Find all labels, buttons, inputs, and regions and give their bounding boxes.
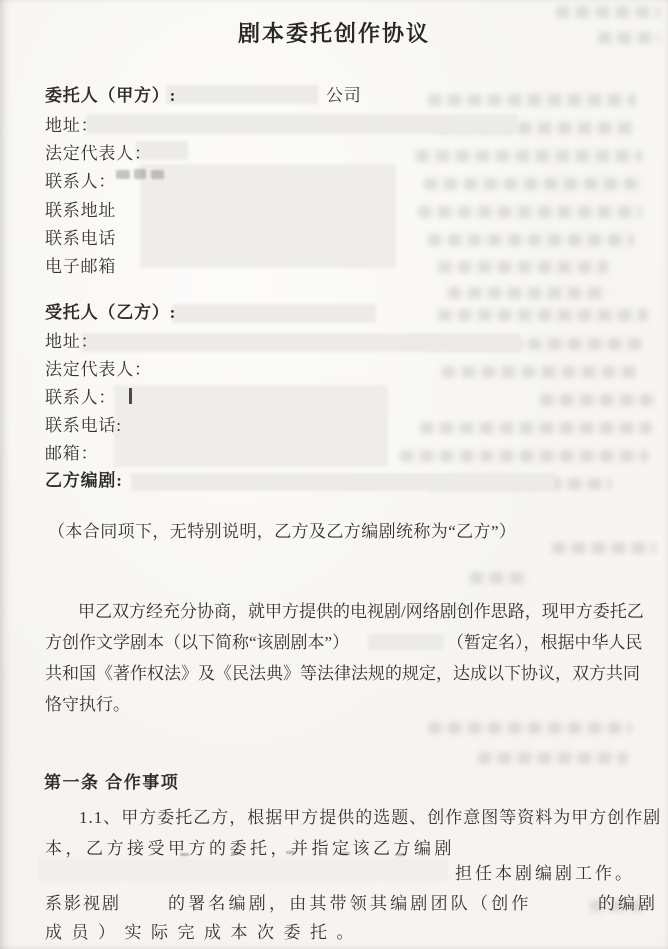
redaction-box-party-a-contact-block: [140, 164, 396, 268]
clause-1-1-line-2: 本，乙方接受甲方的委托，并指定该乙方编剧: [45, 838, 455, 859]
party-a-contact-phone-label: 联系电话: [45, 228, 116, 249]
redaction-box-screenwriter-name-blank: [38, 857, 448, 881]
preamble-line-1: 甲乙双方经充分协商，就甲方提供的电视剧/网络剧创作思路，现甲方委托乙: [78, 601, 644, 622]
section-1-heading: 第一条 合作事项: [44, 772, 179, 793]
party-a-company-suffix: 公司: [326, 85, 362, 106]
ghost-text-row: [424, 178, 642, 190]
party-a-email-label: 电子邮箱: [45, 256, 116, 277]
redaction-box-party-a-address: [86, 114, 518, 134]
clause-1-1-line-1: 1.1、甲方委托乙方，根据甲方提供的选题、创作意图等资料为甲方创作剧: [79, 807, 661, 828]
party-a-contact-address-label: 联系地址: [45, 200, 116, 221]
redaction-box-party-b-address: [82, 333, 520, 352]
clause-1-1-line-4a: 系影视剧: [45, 893, 121, 914]
party-a-legal-rep-label: 法定代表人：: [45, 143, 152, 164]
ghost-text-row: [478, 752, 628, 764]
clause-1-1-line-5: 成员）实际完成本次委托。: [45, 922, 363, 943]
preamble-line-4: 恪守执行。: [45, 694, 130, 715]
preamble-line-2-pre: 方创作文学剧本（以下简称“该剧剧本”）: [45, 632, 349, 653]
scan-mark-vertical-bar: [129, 388, 132, 404]
scan-smudge: [151, 170, 164, 179]
ghost-text-row: [428, 94, 636, 106]
ghost-text-row: [428, 234, 634, 246]
party-a-contact-label: 联系人：: [45, 171, 116, 192]
party-b-legal-rep-label: 法定代表人：: [45, 359, 152, 380]
scan-smudge: [134, 169, 146, 179]
scan-smudge: [116, 170, 130, 179]
document-title: 剧本委托创作协议: [0, 17, 668, 48]
ghost-text-row: [418, 206, 642, 218]
ghost-text-row: [470, 572, 530, 584]
ghost-text-row: [442, 366, 638, 378]
party-a-address-label: 地址：: [45, 115, 98, 136]
redaction-box-party-b-screenwriter: [131, 473, 555, 491]
ghost-text-row: [552, 542, 656, 554]
ghost-text-row: [428, 722, 632, 734]
party-b-contact-label: 联系人：: [45, 387, 116, 408]
redaction-box-party-b-name: [172, 304, 376, 323]
redaction-box-party-a-name: [166, 85, 318, 104]
ghost-text-row: [448, 287, 608, 299]
definition-note: （本合同项下，无特别说明，乙方及乙方编剧统称为“乙方”）: [48, 521, 516, 542]
party-b-heading-label: 受托人（乙方）:: [45, 302, 176, 323]
party-b-contact-phone-label: 联系电话:: [45, 415, 122, 436]
redaction-box-party-b-contact-block: [114, 385, 388, 467]
preamble-line-2-post: （暂定名），根据中华人民: [447, 632, 643, 653]
clause-1-1-line-4b: 的署名编剧，由其带领其编剧团队（创作: [168, 893, 532, 914]
party-a-heading-label: 委托人（甲方）:: [45, 85, 176, 106]
party-b-screenwriter-label: 乙方编剧:: [45, 470, 123, 491]
contract-document-page: 剧本委托创作协议 委托人（甲方）: 公司 地址： 法定代表人： 联系人： 联系地…: [0, 0, 668, 949]
clause-1-1-line-3: 担任本剧编剧工作。: [455, 863, 635, 884]
ghost-text-row: [420, 422, 652, 434]
ghost-text-row: [438, 309, 648, 321]
redaction-box-script-title-blank: [368, 634, 444, 650]
preamble-line-3: 共和国《著作权法》及《民法典》等法律法规的规定，达成以下协议，双方共同: [45, 663, 640, 684]
ghost-text-row: [416, 150, 642, 162]
ghost-text-row: [400, 450, 648, 462]
party-b-address-label: 地址：: [45, 331, 98, 352]
clause-1-1-line-4c: 的编剧: [598, 893, 658, 914]
ghost-text-row: [438, 261, 608, 273]
ghost-text-row: [540, 394, 656, 406]
party-b-email-label: 邮箱：: [45, 443, 98, 464]
